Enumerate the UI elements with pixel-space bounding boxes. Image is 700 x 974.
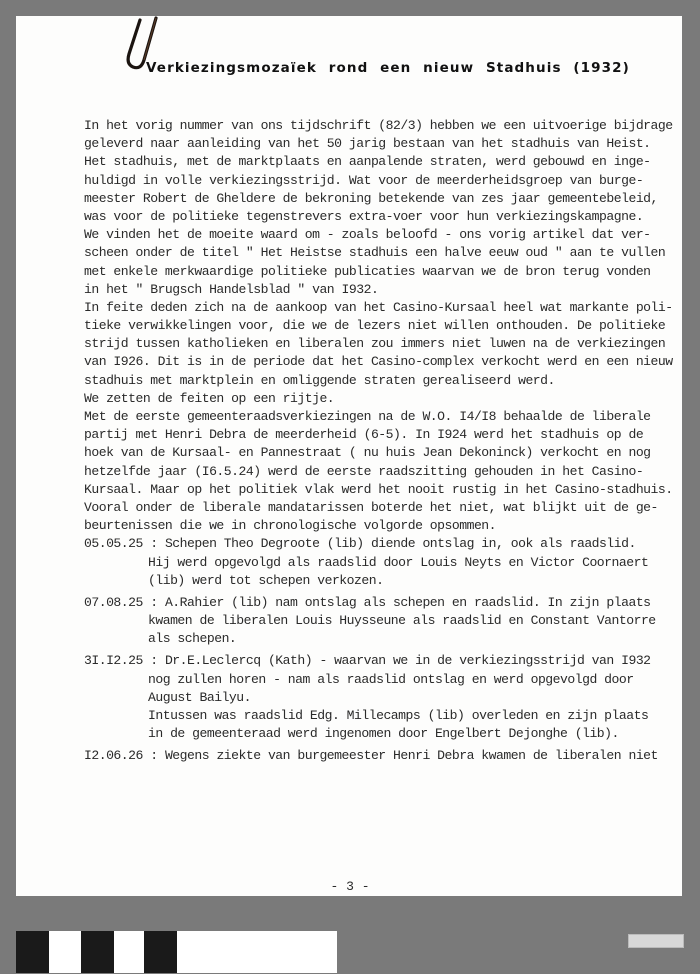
entry-date: 05.05.25 :: [84, 536, 165, 551]
document-title: Verkiezingsmozaïek rond een nieuw Stadhu…: [146, 60, 630, 76]
chronology-list: 05.05.25 : Schepen Theo Degroote (lib) d…: [84, 535, 684, 765]
entry-first-line: I2.06.26 : Wegens ziekte van burgemeeste…: [84, 747, 684, 765]
scale-block-black: [16, 931, 49, 973]
entry-text: Wegens ziekte van burgemeester Henri Deb…: [165, 748, 658, 763]
text-line: stadhuis met marktplein en omliggende st…: [84, 372, 684, 390]
scale-block-white: [177, 931, 337, 973]
entry-continuation-line: Hij werd opgevolgd als raadslid door Lou…: [84, 554, 684, 572]
entry-text: Schepen Theo Degroote (lib) diende ontsl…: [165, 536, 636, 551]
entry-date: I2.06.26 :: [84, 748, 165, 763]
scale-block-white: [49, 931, 81, 973]
text-line: hoek van de Kursaal- en Pannestraat ( nu…: [84, 444, 684, 462]
chronology-entry: 3I.I2.25 : Dr.E.Leclercq (Kath) - waarva…: [84, 652, 684, 743]
text-line: Kursaal. Maar op het politiek vlak werd …: [84, 481, 684, 499]
entry-first-line: 05.05.25 : Schepen Theo Degroote (lib) d…: [84, 535, 684, 553]
entry-text: Dr.E.Leclercq (Kath) - waarvan we in de …: [165, 653, 651, 668]
intro-paragraph: In het vorig nummer van ons tijdschrift …: [84, 117, 684, 535]
entry-continuation-line: als schepen.: [84, 630, 684, 648]
page-number: - 3 -: [0, 879, 700, 894]
entry-continuation-line: August Bailyu.: [84, 689, 684, 707]
entry-continuation-line: (lib) werd tot schepen verkozen.: [84, 572, 684, 590]
text-line: In het vorig nummer van ons tijdschrift …: [84, 117, 684, 135]
text-line: Het stadhuis, met de marktplaats en aanp…: [84, 153, 684, 171]
text-line: Met de eerste gemeenteraadsverkiezingen …: [84, 408, 684, 426]
document-body: In het vorig nummer van ons tijdschrift …: [84, 117, 684, 766]
text-line: tieke verwikkelingen voor, die we de lez…: [84, 317, 684, 335]
text-line: hetzelfde jaar (I6.5.24) werd de eerste …: [84, 463, 684, 481]
entry-first-line: 3I.I2.25 : Dr.E.Leclercq (Kath) - waarva…: [84, 652, 684, 670]
text-line: scheen onder de titel " Het Heistse stad…: [84, 244, 684, 262]
text-line: partij met Henri Debra de meerderheid (6…: [84, 426, 684, 444]
scale-block-black: [144, 931, 177, 973]
scale-block-black: [81, 931, 114, 973]
text-line: We vinden het de moeite waard om - zoals…: [84, 226, 684, 244]
chronology-entry: 05.05.25 : Schepen Theo Degroote (lib) d…: [84, 535, 684, 590]
text-line: Vooral onder de liberale mandatarissen b…: [84, 499, 684, 517]
text-line: huldigd in volle verkiezingsstrijd. Wat …: [84, 172, 684, 190]
entry-continuation-line: kwamen de liberalen Louis Huysseune als …: [84, 612, 684, 630]
chronology-entry: 07.08.25 : A.Rahier (lib) nam ontslag al…: [84, 594, 684, 649]
text-line: geleverd naar aanleiding van het 50 jari…: [84, 135, 684, 153]
entry-text: A.Rahier (lib) nam ontslag als schepen e…: [165, 595, 651, 610]
text-line: van I926. Dit is in de periode dat het C…: [84, 353, 684, 371]
color-scale-bar: [16, 931, 337, 973]
entry-continuation-line: nog zullen horen - nam als raadslid onts…: [84, 671, 684, 689]
text-line: strijd tussen katholieken en liberalen z…: [84, 335, 684, 353]
text-line: in het " Brugsch Handelsblad " van I932.: [84, 281, 684, 299]
text-line: meester Robert de Gheldere de bekroning …: [84, 190, 684, 208]
text-line: We zetten de feiten op een rijtje.: [84, 390, 684, 408]
text-line: beurtenissen die we in chronologische vo…: [84, 517, 684, 535]
scale-block-white: [114, 931, 144, 973]
entry-continuation-line: in de gemeenteraad werd ingenomen door E…: [84, 725, 684, 743]
entry-continuation-line: Intussen was raadslid Edg. Millecamps (l…: [84, 707, 684, 725]
entry-first-line: 07.08.25 : A.Rahier (lib) nam ontslag al…: [84, 594, 684, 612]
entry-date: 07.08.25 :: [84, 595, 165, 610]
text-line: was voor de politieke tegenstrevers extr…: [84, 208, 684, 226]
entry-date: 3I.I2.25 :: [84, 653, 165, 668]
archive-label: [628, 934, 684, 948]
text-line: In feite deden zich na de aankoop van he…: [84, 299, 684, 317]
chronology-entry: I2.06.26 : Wegens ziekte van burgemeeste…: [84, 747, 684, 765]
text-line: met enkele merkwaardige politieke public…: [84, 263, 684, 281]
